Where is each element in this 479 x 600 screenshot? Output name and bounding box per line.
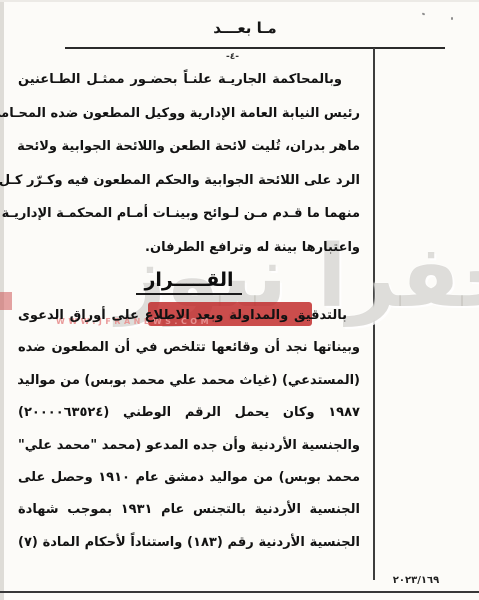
body-line: والجنسية الأردنية وأن جده المدعو (محمد "… (18, 430, 360, 462)
decision-heading: القـــــرار (136, 270, 241, 296)
body-line: ماهر بدران، تُليت لائحة الطعن واللائحة ا… (18, 130, 360, 164)
page-number: -٤- (205, 52, 260, 62)
body-line: (المستدعي) (غياث محمد علي محمد بوبس) من … (18, 365, 360, 397)
scanned-document-page: جفرا نيوز WWW.JFRANEWS.COM مـا بعـــد -٤… (0, 0, 479, 600)
footer-case-number: ٢٠٢٣/١٦٩ (383, 575, 449, 586)
header-rule (65, 47, 445, 49)
watermark-red-chip (0, 292, 12, 310)
body-line: وبيناتها نجد أن وقائعها تتلخص في أن المط… (18, 332, 360, 364)
footer-rule (0, 591, 479, 593)
body-line: محمد بوبس) من مواليد دمشق عام ١٩١٠ وحصل … (18, 462, 360, 494)
paragraph-trial: وبالمحاكمة الجاريـة علنـاً بحضـور ممثـل … (18, 63, 360, 264)
body-line: رئيس النيابة العامة الإدارية ووكيل المطع… (18, 97, 360, 131)
paragraph-decision: بالتدقيق والمداولة وبعد الاطلاع على أورا… (18, 300, 360, 559)
body-line: وبالمحاكمة الجاريـة علنـاً بحضـور ممثـل … (18, 63, 360, 97)
body-line: الجنسية الأردنية رقم (١٨٣) واستناداً لأح… (18, 527, 360, 559)
header-continuation-word: مـا بعـــد (185, 19, 305, 37)
scan-speck (422, 13, 426, 16)
body-line: الرد على اللائحة الجوابية والحكم المطعون… (18, 164, 360, 198)
body-line: واعتبارها بينة له وترافع الطرفان. (18, 231, 360, 265)
scan-top-edge (0, 0, 479, 2)
scan-speck (451, 17, 453, 20)
body-text: وبالمحاكمة الجاريـة علنـاً بحضـور ممثـل … (18, 63, 360, 559)
body-line: الجنسية الأردنية بالتجنس عام ١٩٣١ بموجب … (18, 494, 360, 526)
decision-heading-row: القـــــرار (18, 265, 360, 300)
body-line: منهما ما قـدم مـن لـوائح وبينـات أمـام ا… (18, 197, 360, 231)
body-line: بالتدقيق والمداولة وبعد الاطلاع على أورا… (18, 300, 360, 332)
body-line: ١٩٨٧ وكان يحمل الرقم الوطني (٢٠٠٠٠٦٣٥٢٤) (18, 397, 360, 429)
